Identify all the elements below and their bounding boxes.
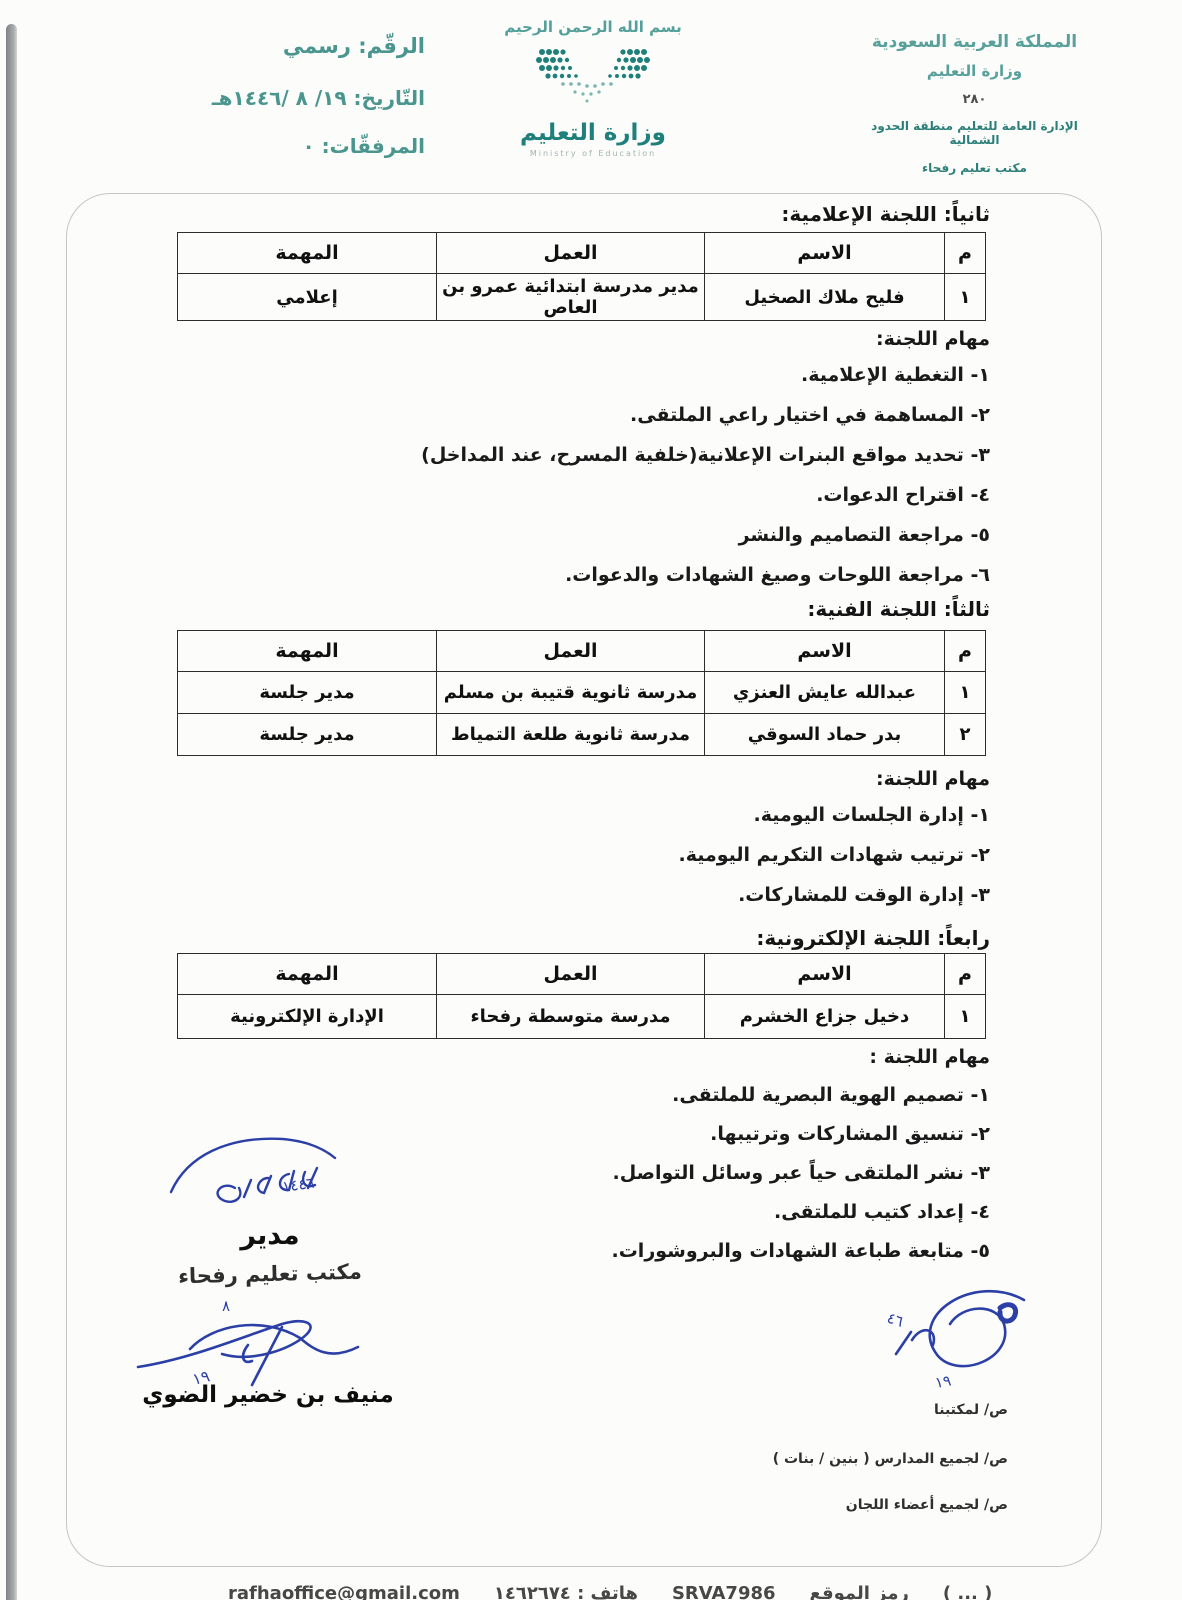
table-row: ٢بدر حماد السوقيمدرسة ثانوية طلعة التميا…: [178, 714, 986, 756]
header-left-block: الرقّم: رسمي التّاريخ: ١٩/ ٨ /١٤٤٦هـ الم…: [130, 34, 425, 158]
task-item: ٣- تحديد مواقع البنرات الإعلانية(خلفية ا…: [421, 444, 990, 484]
footer-site-code-label: رمز الموقع: [810, 1581, 909, 1600]
table-header-cell: العمل: [437, 233, 705, 274]
table-header-cell: الاسم: [705, 233, 945, 274]
committee-table: مالاسمالعملالمهمة١فليح ملاك الصخيلمدير م…: [177, 232, 986, 321]
doc-attachments-line: المرفقّات: ٠: [130, 134, 425, 158]
tasks-heading-media: مهام اللجنة:: [876, 328, 990, 350]
committee-table: مالاسمالعملالمهمة١دخيل جزاع الخشرممدرسة …: [177, 953, 986, 1039]
task-item: ٢- ترتيب شهادات التكريم اليومية.: [678, 844, 990, 884]
signature-year-mark: ١٤٤٦: [281, 1174, 315, 1196]
office-line: مكتب تعليم رفحاء: [867, 161, 1082, 175]
table-cell: مدرسة متوسطة رفحاء: [437, 995, 705, 1039]
tasks-heading-electronic: مهام اللجنة :: [869, 1046, 990, 1068]
kingdom-calligraphy: المملكة العربية السعودية: [867, 32, 1082, 52]
committee-table: مالاسمالعملالمهمة١عبدالله عايش العنزيمدر…: [177, 630, 986, 756]
table-header-row: مالاسمالعملالمهمة: [178, 631, 986, 672]
footer-phone: هاتف : ١٤٦٢٦٧٤: [494, 1581, 638, 1600]
table-header-cell: م: [945, 233, 986, 274]
table-header-cell: العمل: [437, 631, 705, 672]
footer-parenthetical: ( ... ): [943, 1581, 993, 1600]
scan-edge-artifact: [6, 24, 17, 1600]
task-item: ٣- نشر الملتقى حياً عبر وسائل التواصل.: [612, 1162, 991, 1201]
cc-line-committee-members: ص/ لجميع أعضاء اللجان: [846, 1497, 1008, 1513]
ministry-of-education-logo-icon: [518, 42, 668, 116]
table-cell: ٢: [945, 714, 986, 756]
scanned-document-page: الرقّم: رسمي التّاريخ: ١٩/ ٨ /١٤٤٦هـ الم…: [0, 0, 1182, 1600]
table-header-cell: الاسم: [705, 631, 945, 672]
signature-scribble-top: ١٤٤٦: [165, 1130, 340, 1225]
doc-number-line: الرقّم: رسمي: [130, 34, 425, 58]
table-header-cell: المهمة: [178, 631, 437, 672]
signer-name: منيف بن خضير الضوي: [140, 1382, 396, 1408]
table-cell: ١: [945, 274, 986, 321]
table-cell: ١: [945, 995, 986, 1039]
table-header-cell: م: [945, 954, 986, 995]
table-cell: الإدارة الإلكترونية: [178, 995, 437, 1039]
footer-site-code: SRVA7986: [672, 1581, 776, 1600]
outgoing-number: ٢٨٠: [867, 92, 1082, 107]
table-cell: مدير مدرسة ابتدائية عمرو بن العاص: [437, 274, 705, 321]
task-item: ١- تصميم الهوية البصرية للملتقى.: [612, 1084, 991, 1123]
cc-line-schools: ص/ لجميع المدارس ( بنين / بنات ): [773, 1451, 1008, 1467]
table-cell: مدرسة ثانوية طلعة التمياط: [437, 714, 705, 756]
task-item: ١- إدارة الجلسات اليومية.: [678, 804, 990, 844]
signature-mark-46: ٤٦: [885, 1309, 906, 1331]
table-row: ١دخيل جزاع الخشرممدرسة متوسطة رفحاءالإدا…: [178, 995, 986, 1039]
table-cell: عبدالله عايش العنزي: [705, 672, 945, 714]
ministry-wordmark: وزارة التعليم: [468, 120, 718, 146]
table-cell: مدير جلسة: [178, 672, 437, 714]
ministry-calligraphy: وزارة التعليم: [867, 62, 1082, 80]
task-item: ٥- متابعة طباعة الشهادات والبروشورات.: [612, 1240, 991, 1279]
table-header-cell: العمل: [437, 954, 705, 995]
table-header-cell: المهمة: [178, 954, 437, 995]
tasks-list-electronic: ١- تصميم الهوية البصرية للملتقى.٢- تنسيق…: [612, 1084, 991, 1279]
table-cell: دخيل جزاع الخشرم: [705, 995, 945, 1039]
task-item: ٤- اقتراح الدعوات.: [421, 484, 990, 524]
table-cell: مدير جلسة: [178, 714, 437, 756]
cc-line-office: ص/ لمكتبنا: [934, 1402, 1008, 1418]
directorate-line: الإدارة العامة للتعليم منطقة الحدود الشم…: [867, 119, 1082, 147]
table-header-row: مالاسمالعملالمهمة: [178, 954, 986, 995]
doc-date-line: التّاريخ: ١٩/ ٨ /١٤٤٦هـ: [130, 86, 425, 110]
task-item: ١- التغطية الإعلامية.: [421, 364, 990, 404]
tasks-heading-technical: مهام اللجنة:: [876, 768, 990, 790]
table-cell: فليح ملاك الصخيل: [705, 274, 945, 321]
signer-title: مدير: [180, 1220, 360, 1251]
section-title-media-committee: ثانياً: اللجنة الإعلامية:: [781, 202, 990, 226]
electronic-committee-table: مالاسمالعملالمهمة١دخيل جزاع الخشرممدرسة …: [178, 953, 986, 1039]
table-cell: مدرسة ثانوية قتيبة بن مسلم: [437, 672, 705, 714]
section-title-technical-committee: ثالثاً: اللجنة الفنية:: [807, 597, 990, 621]
table-header-cell: الاسم: [705, 954, 945, 995]
task-item: ٣- إدارة الوقت للمشاركات.: [678, 884, 990, 924]
table-cell: بدر حماد السوقي: [705, 714, 945, 756]
task-item: ٢- تنسيق المشاركات وترتيبها.: [612, 1123, 991, 1162]
technical-committee-table: مالاسمالعملالمهمة١عبدالله عايش العنزيمدر…: [178, 630, 986, 756]
table-cell: إعلامي: [178, 274, 437, 321]
table-header-cell: المهمة: [178, 233, 437, 274]
header-center-block: بسم الله الرحمن الرحيم وزارة التعليم Min…: [468, 18, 718, 158]
task-item: ٥- مراجعة التصاميم والنشر: [421, 524, 990, 564]
footer-contact-line: rafhaoffice@gmail.com هاتف : ١٤٦٢٦٧٤ SRV…: [228, 1581, 988, 1600]
tasks-list-media: ١- التغطية الإعلامية.٢- المساهمة في اختي…: [421, 364, 990, 604]
table-cell: ١: [945, 672, 986, 714]
section-title-electronic-committee: رابعاً: اللجنة الإلكترونية:: [756, 926, 990, 950]
signature-mark-8: ٨: [222, 1297, 230, 1315]
table-row: ١عبدالله عايش العنزيمدرسة ثانوية قتيبة ب…: [178, 672, 986, 714]
table-header-cell: م: [945, 631, 986, 672]
ministry-wordmark-en: Ministry of Education: [468, 149, 718, 158]
table-row: ١فليح ملاك الصخيلمدير مدرسة ابتدائية عمر…: [178, 274, 986, 321]
tasks-list-technical: ١- إدارة الجلسات اليومية.٢- ترتيب شهادات…: [678, 804, 990, 924]
signature-scribble-right: ٤٦ ١٩: [878, 1278, 1043, 1393]
media-committee-table: مالاسمالعملالمهمة١فليح ملاك الصخيلمدير م…: [178, 232, 986, 321]
signature-scribble-main: ٨ ١٩: [130, 1293, 370, 1389]
signature-mark-19b: ١٩: [934, 1371, 953, 1392]
bismillah-calligraphy: بسم الله الرحمن الرحيم: [468, 18, 718, 36]
footer-email: rafhaoffice@gmail.com: [228, 1581, 460, 1600]
header-right-block: المملكة العربية السعودية وزارة التعليم ٢…: [867, 32, 1082, 175]
task-item: ٢- المساهمة في اختيار راعي الملتقى.: [421, 404, 990, 444]
table-header-row: مالاسمالعملالمهمة: [178, 233, 986, 274]
task-item: ٤- إعداد كتيب للملتقى.: [612, 1201, 991, 1240]
